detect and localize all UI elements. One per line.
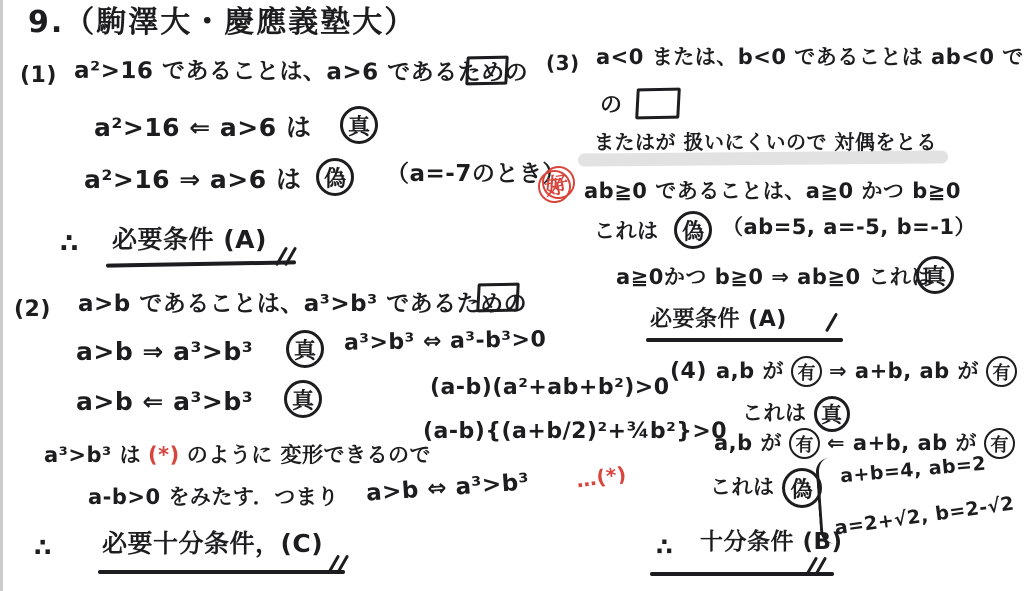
handwritten-notes-page: 9.（駒澤大・慶應義塾大） (1) a²>16 であることは、a>6 であるため… xyxy=(0,0,1024,591)
section-1-converse-line: a²>16 ⇐ a>6 は xyxy=(94,114,311,142)
page-edge-line xyxy=(0,0,3,591)
answer-box xyxy=(465,56,509,86)
underline xyxy=(98,570,345,574)
section-3-statement: a<0 または、b<0 であることは ab<0 であるため xyxy=(596,46,1024,69)
section-3-contrapositive: ab≧0 であることは、a≧0 かつ b≧0 xyxy=(584,180,961,203)
section-4-result-line: これは 真 xyxy=(742,396,850,432)
section-2-work-line-2: (a-b)(a²+ab+b²)>0 xyxy=(430,376,670,400)
section-2-work-line-1: a³>b³ ⇔ a³-b³>0 xyxy=(344,328,547,356)
note-text-post: のように 変形できるので xyxy=(187,444,431,467)
true-mark-circle: 真 xyxy=(916,256,954,294)
note-text-pre: a³>b³ は xyxy=(44,444,141,467)
section-2-note-line-2: a-b>0 をみたす．つまり xyxy=(88,486,339,509)
line-text: ⇒ a+b, ab が xyxy=(829,360,979,383)
section-1-label: (1) xyxy=(20,64,57,88)
therefore-symbol: ∴ xyxy=(656,534,673,560)
double-slash-mark xyxy=(806,556,830,578)
section-1-forward-line: a²>16 ⇒ a>6 は xyxy=(84,166,301,194)
rational-mark-circle: 有 xyxy=(791,356,822,387)
section-3-counterexample: （ab=5, a=-5, b=-1） xyxy=(722,216,976,239)
section-3-forward-line: a≧0かつ b≧0 ⇒ ab≧0 これは xyxy=(616,266,933,289)
star-reference: (*) xyxy=(148,444,180,467)
section-2-equivalence: a>b ⇔ a³>b³ xyxy=(365,470,530,507)
line-text: a,b が xyxy=(714,432,782,455)
line-text: a,b が xyxy=(716,360,784,383)
section-4-result-line-2: これは 偽 xyxy=(710,468,822,508)
slash-flourish xyxy=(826,312,850,334)
true-mark-circle: 真 xyxy=(284,380,322,418)
section-3-result-label: これは xyxy=(594,220,659,243)
true-mark-circle: 真 xyxy=(286,330,324,368)
section-1-conclusion: 必要条件 (A) xyxy=(112,226,267,254)
false-mark-circle: 偽 xyxy=(316,158,354,196)
double-slash-mark xyxy=(328,554,352,576)
rational-mark-circle: 有 xyxy=(789,428,820,459)
section-4-conclusion: 十分条件 (B) xyxy=(700,530,843,555)
rational-mark-circle: 有 xyxy=(986,356,1017,387)
section-4-forward-line: a,b が 有 ⇒ a+b, ab が 有 xyxy=(716,356,1017,387)
section-3-strategy-note: またはが 扱いにくいので 対偶をとる xyxy=(594,131,937,153)
true-mark-circle: 真 xyxy=(340,106,378,144)
rational-mark-circle: 有 xyxy=(984,428,1015,459)
section-4-label: (4) xyxy=(670,360,707,384)
therefore-symbol: ∴ xyxy=(34,534,52,562)
section-2-statement: a>b であることは、a³>b³ であるための xyxy=(78,292,527,317)
page-title: 9.（駒澤大・慶應義塾大） xyxy=(28,6,416,39)
answer-box xyxy=(476,283,520,313)
section-2-forward-line: a>b ⇒ a³>b³ xyxy=(76,338,253,366)
underline xyxy=(106,260,296,267)
result-label: これは xyxy=(742,402,807,425)
section-3-label: (3) xyxy=(546,52,580,74)
answer-box xyxy=(635,88,681,120)
false-mark-circle: 偽 xyxy=(674,211,712,249)
true-mark-circle: 真 xyxy=(814,396,850,432)
double-slash-mark xyxy=(276,246,300,268)
therefore-symbol: ∴ xyxy=(60,230,79,259)
section-2-work-line-3: (a-b){(a+b/2)²+¾b²}>0 xyxy=(423,420,727,444)
section-1-statement: a²>16 であることは、a>6 であるための xyxy=(74,59,528,87)
line-text: ⇐ a+b, ab が xyxy=(827,432,977,455)
section-2-converse-line: a>b ⇐ a³>b³ xyxy=(76,388,253,416)
section-4-counterexample-2: a=2+√2, b=2-√2 xyxy=(833,493,1015,539)
section-2-conclusion: 必要十分条件，(C) xyxy=(102,530,323,558)
section-3-conclusion: 必要条件 (A) xyxy=(650,308,787,332)
star-reference: …(*) xyxy=(575,463,628,492)
result-label: これは xyxy=(710,476,775,499)
section-3-statement-continued: の xyxy=(600,94,623,118)
underline xyxy=(646,338,843,342)
section-2-label: (2) xyxy=(14,298,51,322)
section-2-note-line: a³>b³ は (*) のように 変形できるので xyxy=(44,444,431,467)
